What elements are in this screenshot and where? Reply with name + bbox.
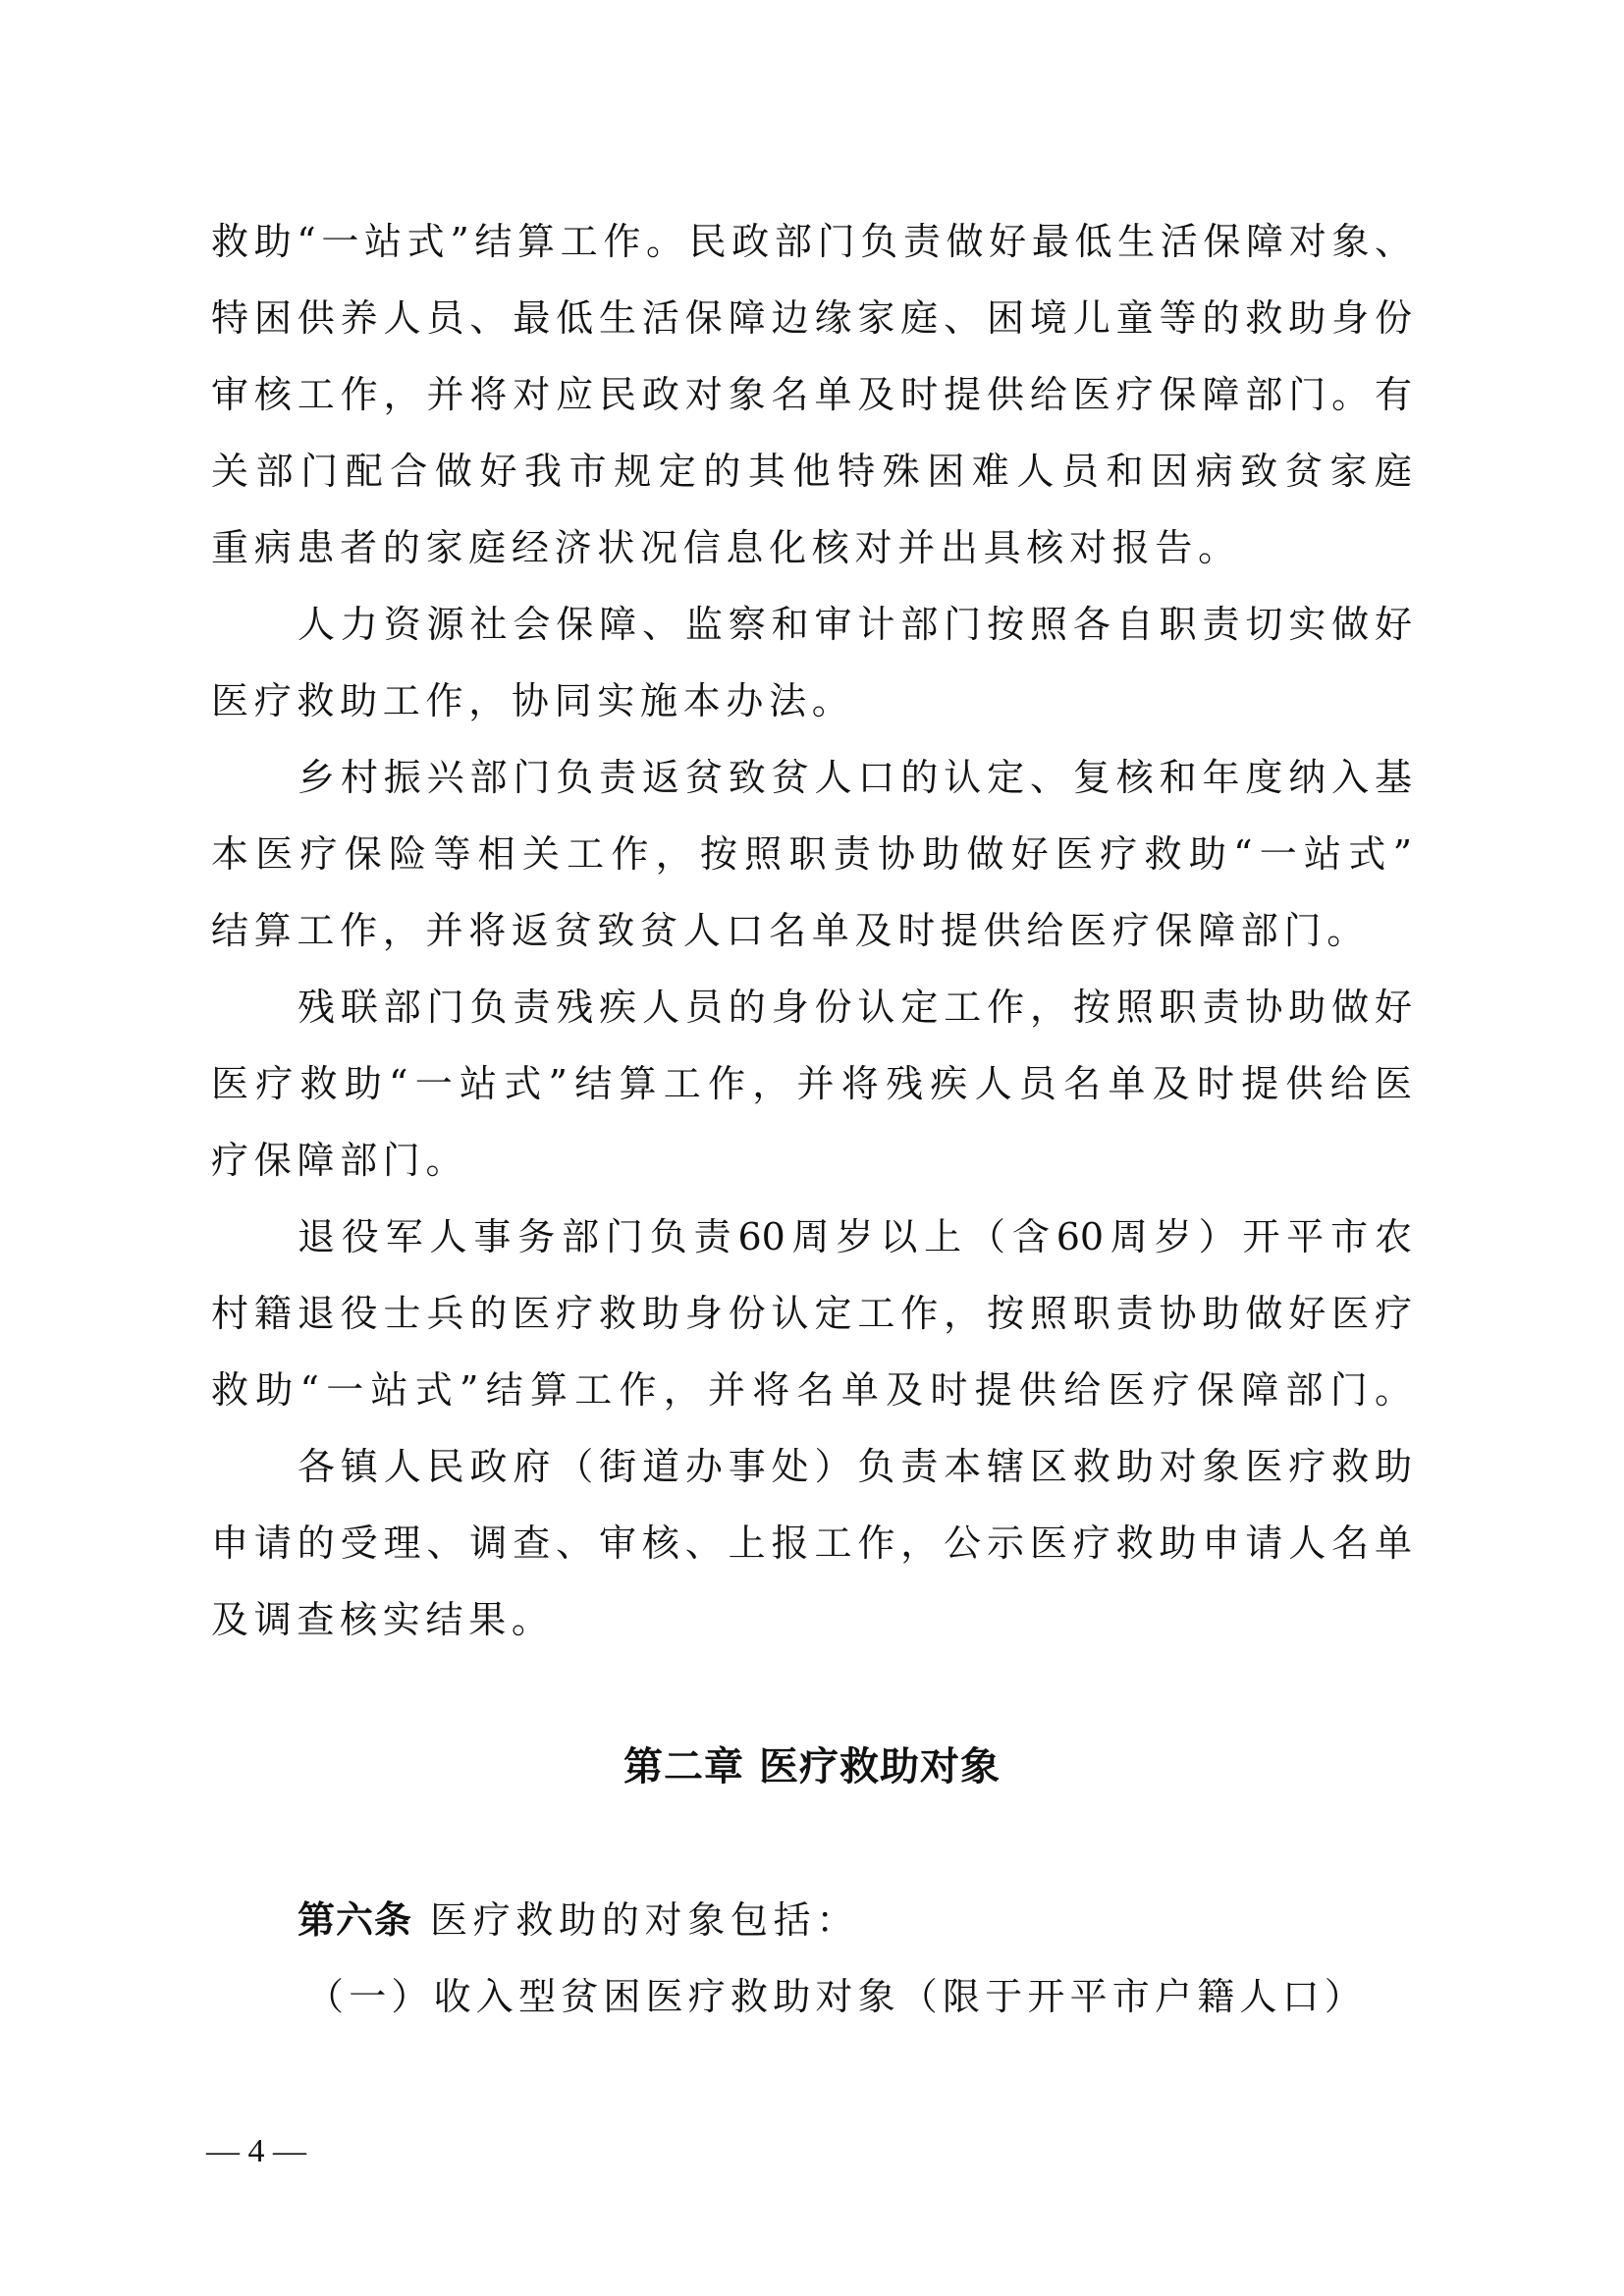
paragraph-line: 本医疗保险等相关工作，按照职责协助做好医疗救助“一站式” (211, 832, 1412, 876)
paragraph-line: 申请的受理、调查、审核、上报工作，公示医疗救助申请人名单 (211, 1522, 1412, 1565)
article-text: 医疗救助的对象包括： (430, 1898, 859, 1942)
paragraph-line: 关部门配合做好我市规定的其他特殊困难人员和因病致贫家庭 (211, 450, 1412, 493)
document-page: 救助“一站式”结算工作。民政部门负责做好最低生活保障对象、 特困供养人员、最低生… (0, 0, 1624, 2296)
paragraph-line: 疗保障部门。 (211, 1139, 468, 1182)
page-number: — 4 — (206, 2132, 306, 2171)
paragraph-line: 退役军人事务部门负责60周岁以上（含60周岁）开平市农 (298, 1215, 1412, 1258)
paragraph-line: 审核工作，并将对应民政对象名单及时提供给医疗保障部门。有 (211, 373, 1412, 416)
article-number: 第六条 (298, 1898, 412, 1942)
paragraph-line: 医疗救助工作，协同实施本办法。 (211, 679, 855, 722)
paragraph-line: 各镇人民政府（街道办事处）负责本辖区救助对象医疗救助 (298, 1445, 1412, 1488)
paragraph-line: 及调查核实结果。 (211, 1598, 555, 1641)
paragraph-line: 救助“一站式”结算工作。民政部门负责做好最低生活保障对象、 (211, 220, 1412, 263)
paragraph-line: 人力资源社会保障、监察和审计部门按照各自职责切实做好 (298, 603, 1412, 646)
paragraph-line: 乡村振兴部门负责返贫致贫人口的认定、复核和年度纳入基 (298, 756, 1412, 799)
paragraph-line: 村籍退役士兵的医疗救助身份认定工作，按照职责协助做好医疗 (211, 1292, 1412, 1335)
paragraph-line: 特困供养人员、最低生活保障边缘家庭、困境儿童等的救助身份 (211, 296, 1412, 340)
chapter-title: 第二章 医疗救助对象 (0, 1743, 1624, 1790)
paragraph-line: 救助“一站式”结算工作，并将名单及时提供给医疗保障部门。 (211, 1368, 1412, 1412)
article-item: （一）收入型贫困医疗救助对象（限于开平市户籍人口） (306, 1975, 1367, 2018)
paragraph-line: 残联部门负责残疾人员的身份认定工作，按照职责协助做好 (298, 986, 1412, 1029)
paragraph-line: 重病患者的家庭经济状况信息化核对并出具核对报告。 (211, 526, 1241, 569)
article-heading: 第六条医疗救助的对象包括： (298, 1898, 859, 1942)
paragraph-line: 结算工作，并将返贫致贫人口名单及时提供给医疗保障部门。 (211, 909, 1370, 952)
paragraph-line: 医疗救助“一站式”结算工作，并将残疾人员名单及时提供给医 (211, 1062, 1412, 1105)
